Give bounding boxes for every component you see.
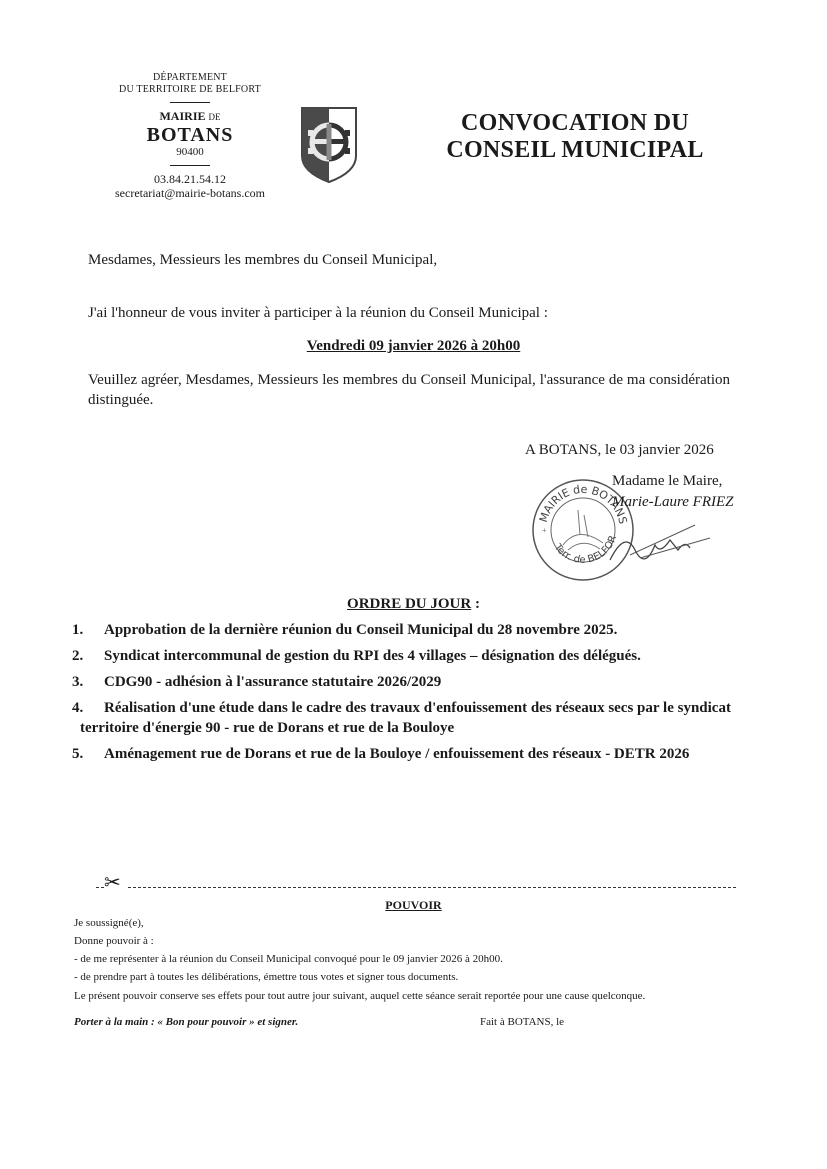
scissors-icon: ✂ <box>104 872 121 892</box>
invitation-text: J'ai l'honneur de vous inviter à partici… <box>88 303 548 323</box>
agenda-item: 5. Aménagement rue de Dorans et rue de l… <box>72 744 742 764</box>
proxy-place: Fait à BOTANS, le <box>480 1016 564 1029</box>
svg-text:+: + <box>542 526 547 535</box>
closing-text: Veuillez agréer, Mesdames, Messieurs les… <box>88 370 730 410</box>
municipal-crest-icon <box>298 104 360 184</box>
signatory-name: Marie-Laure FRIEZ <box>612 494 734 511</box>
email-address: secretariat@mairie-botans.com <box>90 186 290 201</box>
letterhead: DÉPARTEMENT DU TERRITOIRE DE BELFORT MAI… <box>90 72 290 201</box>
proxy-line: Je soussigné(e), <box>74 917 144 930</box>
agenda-item: 4.Réalisation d'une étude dans le cadre … <box>72 698 742 738</box>
divider <box>170 102 210 103</box>
divider <box>170 165 210 166</box>
proxy-title: POUVOIR <box>0 898 827 913</box>
document-title: CONVOCATION DU CONSEIL MUNICIPAL <box>430 110 720 164</box>
mairie-label: MAIRIE DE <box>90 109 290 124</box>
signature-icon <box>600 520 720 570</box>
proxy-line: - de prendre part à toutes les délibérat… <box>74 971 458 984</box>
cut-line: ✂ <box>96 878 736 894</box>
proxy-line: - de me représenter à la réunion du Cons… <box>74 953 503 966</box>
proxy-line: Donne pouvoir à : <box>74 935 154 948</box>
commune-name: BOTANS <box>90 124 290 146</box>
postal-code: 90400 <box>90 146 290 159</box>
proxy-line: Le présent pouvoir conserve ses effets p… <box>74 990 645 1003</box>
agenda-item: 1. Approbation de la dernière réunion du… <box>72 620 742 640</box>
greeting: Mesdames, Messieurs les membres du Conse… <box>88 250 437 270</box>
proxy-instruction: Porter à la main : « Bon pour pouvoir » … <box>74 1016 298 1029</box>
signatory-title: Madame le Maire, <box>612 473 722 490</box>
place-and-date: A BOTANS, le 03 janvier 2026 <box>525 442 714 459</box>
agenda-item: 2. Syndicat intercommunal de gestion du … <box>72 646 742 666</box>
agenda-item: 3. CDG90 - adhésion à l'assurance statut… <box>72 672 742 692</box>
agenda-list: 1. Approbation de la dernière réunion du… <box>72 620 742 770</box>
agenda-title: ORDRE DU JOUR : <box>0 596 827 613</box>
phone-number: 03.84.21.54.12 <box>90 172 290 186</box>
department-line-2: DU TERRITOIRE DE BELFORT <box>90 84 290 96</box>
meeting-date: Vendredi 09 janvier 2026 à 20h00 <box>0 338 827 355</box>
department-line-1: DÉPARTEMENT <box>90 72 290 84</box>
